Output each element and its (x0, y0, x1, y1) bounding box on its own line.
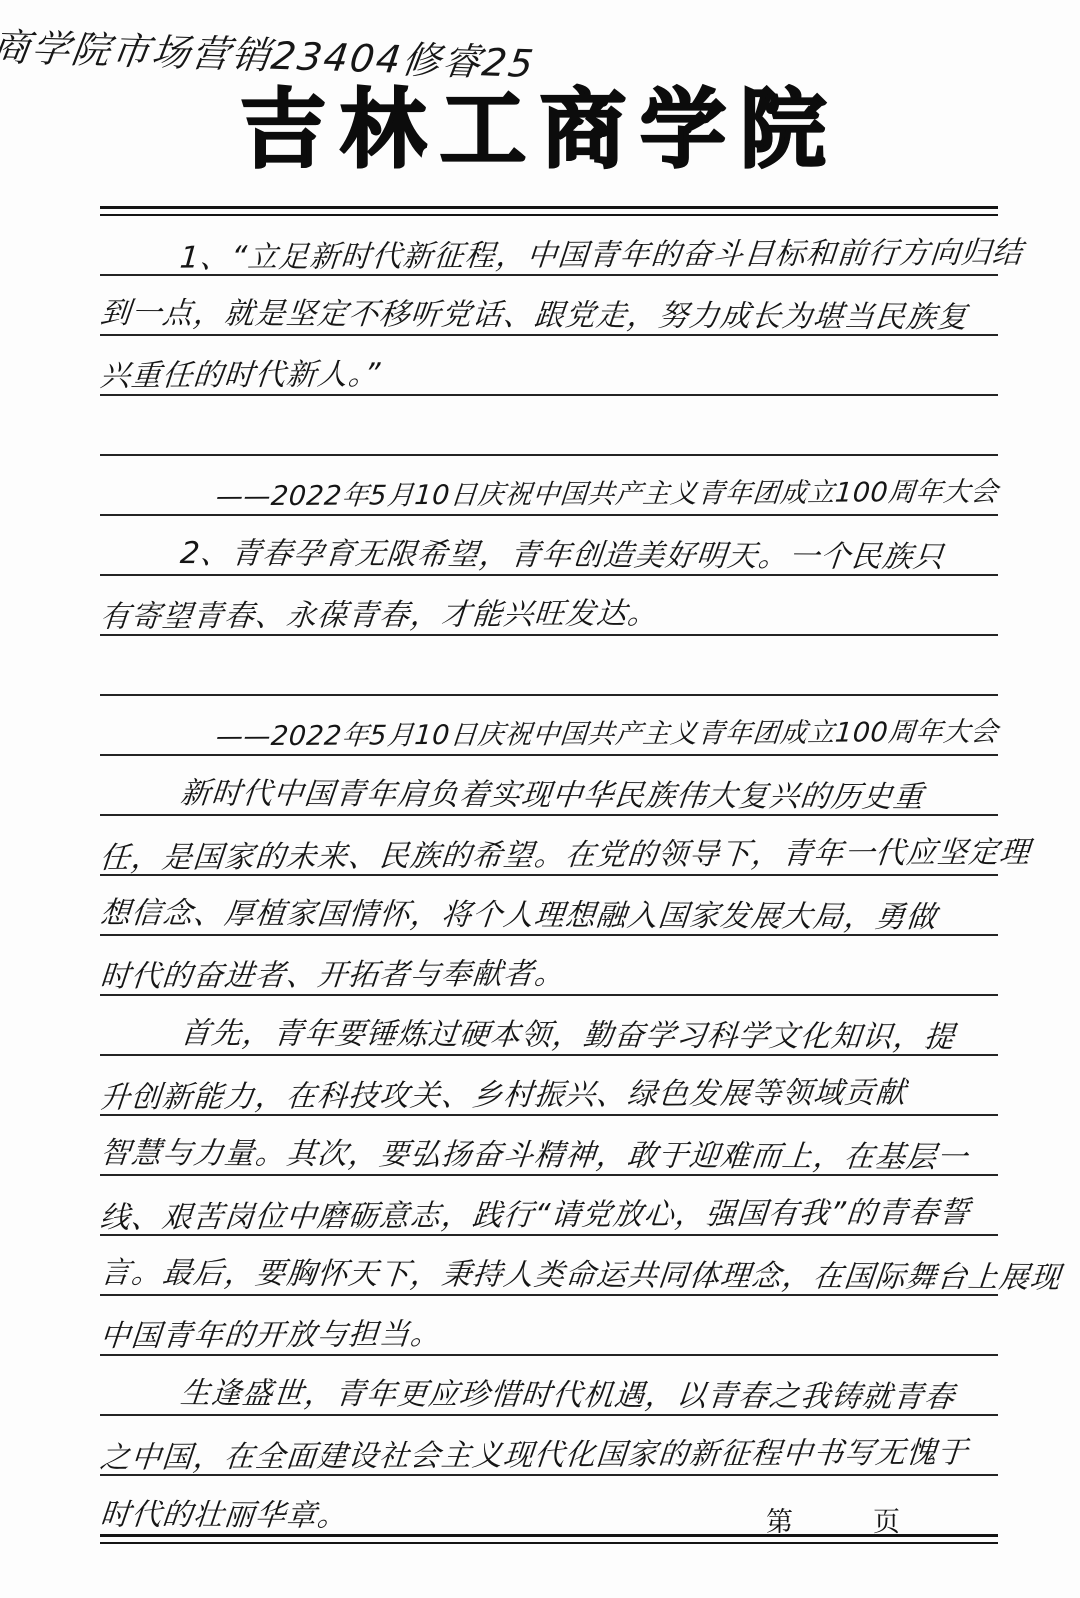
handwritten-line: 到一点，就是坚定不移听党话、跟党走，努力成长为堪当民族复 (100, 276, 998, 336)
handwritten-line: 任，是国家的未来、民族的希望。在党的领导下，青年一代应坚定理 (100, 816, 998, 876)
handwritten-line: 兴重任的时代新人。” (100, 336, 998, 396)
handwritten-line: 升创新能力，在科技攻关、乡村振兴、绿色发展等领域贡献 (100, 1056, 998, 1116)
handwritten-text: 到一点，就是坚定不移听党话、跟党走，努力成长为堪当民族复 (99, 297, 970, 336)
handwritten-text: 之中国，在全面建设社会主义现代化国家的新征程中书写无愧于 (98, 1437, 969, 1477)
handwritten-text: 新时代中国青年肩负着实现中华民族伟大复兴的历史重 (179, 778, 926, 816)
handwritten-line: 1、“立足新时代新征程，中国青年的奋斗目标和前行方向归结 (100, 216, 998, 276)
handwritten-text: 升创新能力，在科技攻关、乡村振兴、绿色发展等领域贡献 (98, 1077, 907, 1116)
handwritten-line: 线、艰苦岗位中磨砺意志，践行“请党放心，强国有我”的青春誓 (100, 1176, 998, 1236)
handwritten-text: ——2022年5月10日庆祝中国共产主义青年团成立100周年大会 (215, 718, 1000, 756)
handwritten-line: 智慧与力量。其次，要弘扬奋斗精神，敢于迎难而上，在基层一 (100, 1116, 998, 1176)
handwritten-line: 言。最后，要胸怀天下，秉持人类命运共同体理念，在国际舞台上展现 (100, 1236, 998, 1296)
handwritten-text: 智慧与力量。其次，要弘扬奋斗精神，敢于迎难而上，在基层一 (99, 1137, 970, 1176)
page-title: 吉林工商学院 (0, 76, 1080, 184)
handwritten-text: 首先，青年要锤炼过硬本领，勤奋学习科学文化知识，提 (179, 1017, 957, 1056)
handwritten-text: 线、艰苦岗位中磨砺意志，践行“请党放心，强国有我”的青春誓 (98, 1197, 971, 1237)
page-number-prefix: 第 (766, 1500, 793, 1539)
handwritten-text: 任，是国家的未来、民族的希望。在党的领导下，青年一代应坚定理 (98, 837, 1031, 877)
handwritten-line: 首先，青年要锤炼过硬本领，勤奋学习科学文化知识，提 (100, 996, 998, 1056)
header-rule-top (100, 206, 998, 216)
handwritten-line (100, 636, 998, 696)
page-footer: 第 页 (100, 1500, 998, 1539)
handwritten-text: 言。最后，要胸怀天下，秉持人类命运共同体理念，在国际舞台上展现 (99, 1257, 1063, 1297)
handwritten-line: 中国青年的开放与担当。 (100, 1296, 998, 1356)
handwritten-line: 新时代中国青年肩负着实现中华民族伟大复兴的历史重 (100, 756, 998, 816)
handwritten-line: 时代的奋进者、开拓者与奉献者。 (100, 936, 998, 996)
handwritten-line: 想信念、厚植家国情怀，将个人理想融入国家发展大局，勇做 (100, 876, 998, 936)
handwritten-text: 1、“立足新时代新征程，中国青年的奋斗目标和前行方向归结 (178, 237, 1024, 277)
document-page: 商学院市场营销23404修睿25 吉林工商学院 1、“立足新时代新征程，中国青年… (0, 0, 1080, 1598)
ruled-lines: 1、“立足新时代新征程，中国青年的奋斗目标和前行方向归结 到一点，就是坚定不移听… (100, 216, 998, 1534)
handwritten-text: 想信念、厚植家国情怀，将个人理想融入国家发展大局，勇做 (99, 897, 939, 936)
handwritten-line: 有寄望青春、永葆青春，才能兴旺发达。 (100, 576, 998, 636)
page-number-suffix: 页 (873, 1500, 900, 1539)
handwritten-line (100, 396, 998, 456)
handwritten-line: ——2022年5月10日庆祝中国共产主义青年团成立100周年大会 (100, 696, 998, 756)
handwritten-line: ——2022年5月10日庆祝中国共产主义青年团成立100周年大会 (100, 456, 998, 516)
handwritten-text: 有寄望青春、永葆青春，才能兴旺发达。 (98, 598, 659, 636)
handwritten-text: 生逢盛世，青年更应珍惜时代机遇，以青春之我铸就青春 (179, 1377, 957, 1416)
ruled-sheet: 1、“立足新时代新征程，中国青年的奋斗目标和前行方向归结 到一点，就是坚定不移听… (100, 206, 998, 1544)
handwritten-text: 时代的奋进者、开拓者与奉献者。 (98, 958, 566, 995)
handwritten-text: 中国青年的开放与担当。 (99, 1318, 443, 1355)
handwritten-text: 兴重任的时代新人。” (99, 359, 382, 395)
handwritten-text: 2、青春孕育无限希望，青年创造美好明天。一个民族只 (179, 537, 946, 576)
handwritten-text: ——2022年5月10日庆祝中国共产主义青年团成立100周年大会 (215, 478, 1000, 516)
handwritten-line: 2、青春孕育无限希望，青年创造美好明天。一个民族只 (100, 516, 998, 576)
handwritten-line: 生逢盛世，青年更应珍惜时代机遇，以青春之我铸就青春 (100, 1356, 998, 1416)
handwritten-line: 之中国，在全面建设社会主义现代化国家的新征程中书写无愧于 (100, 1416, 998, 1476)
